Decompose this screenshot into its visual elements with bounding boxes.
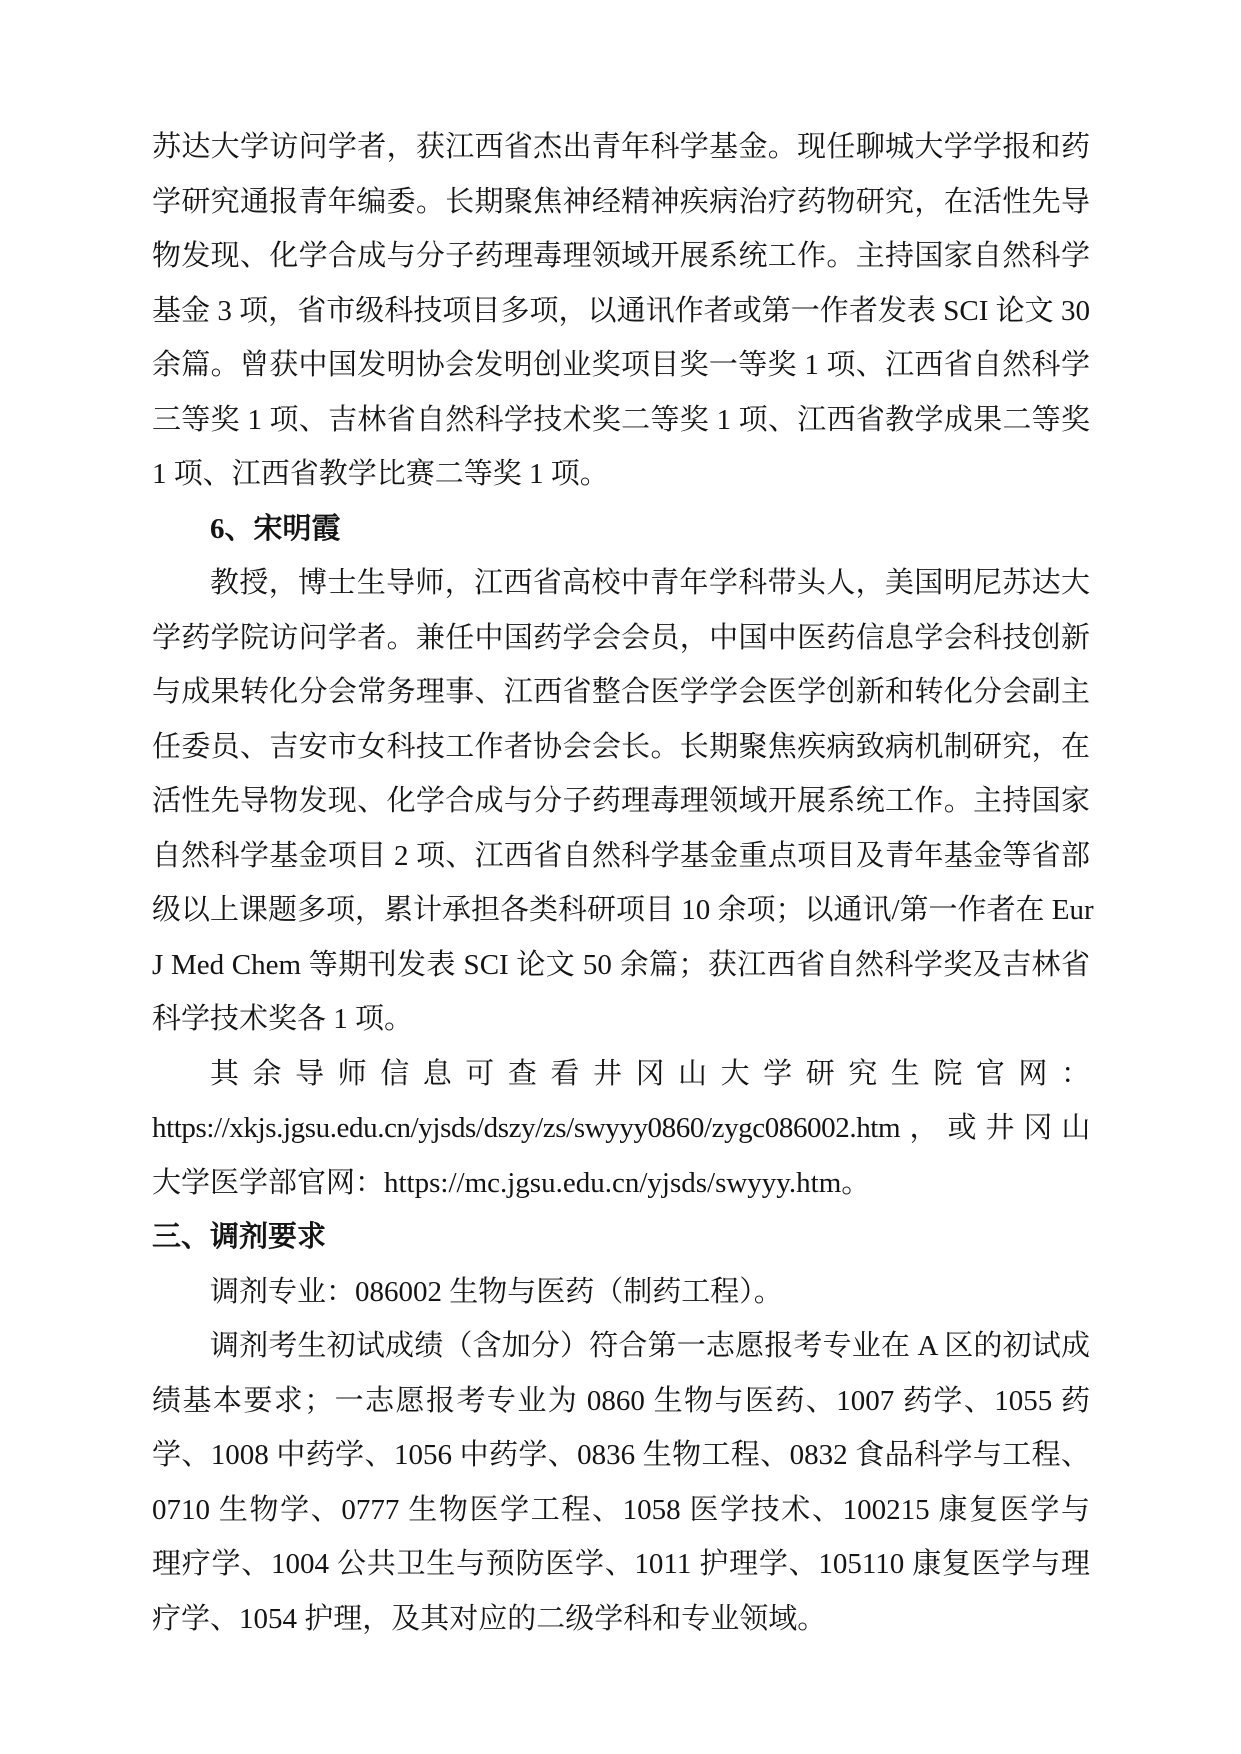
paragraph-line: 学研究通报青年编委。长期聚焦神经精神疾病治疗药物研究，在活性先导 [152, 175, 1090, 230]
heading-advisor-6-song-mingxia: 6、宋明霞 [152, 502, 1090, 557]
paragraph-line: 基金 3 项，省市级科技项目多项，以通讯作者或第一作者发表 SCI 论文 30 [152, 284, 1090, 339]
paragraph-line: 任委员、吉安市女科技工作者协会会长。长期聚焦疾病致病机制研究，在 [152, 720, 1090, 775]
paragraph-line: 余篇。曾获中国发明协会发明创业奖项目奖一等奖 1 项、江西省自然科学 [152, 338, 1090, 393]
paragraph-line: 活性先导物发现、化学合成与分子药理毒理领域开展系统工作。主持国家 [152, 774, 1090, 829]
paragraph-line: 科学技术奖各 1 项。 [152, 992, 1090, 1047]
paragraph-line: 学药学院访问学者。兼任中国药学会会员，中国中医药信息学会科技创新 [152, 611, 1090, 666]
paragraph-line: 绩基本要求；一志愿报考专业为 0860 生物与医药、1007 药学、1055 药 [152, 1374, 1090, 1429]
paragraph-line: 苏达大学访问学者，获江西省杰出青年科学基金。现任聊城大学学报和药 [152, 120, 1090, 175]
paragraph-line-transfer-major: 调剂专业：086002 生物与医药（制药工程）。 [152, 1265, 1090, 1320]
paragraph-line: J Med Chem 等期刊发表 SCI 论文 50 余篇；获江西省自然科学奖及… [152, 938, 1090, 993]
url-line-graduate-school: https://xkjs.jgsu.edu.cn/yjsds/dszy/zs/s… [152, 1101, 1090, 1156]
url-line-medical-school: 大学医学部官网：https://mc.jgsu.edu.cn/yjsds/swy… [152, 1156, 1090, 1211]
paragraph-line: 级以上课题多项，累计承担各类科研项目 10 余项；以通讯/第一作者在 Eur [152, 883, 1090, 938]
paragraph-line: 1 项、江西省教学比赛二等奖 1 项。 [152, 447, 1090, 502]
paragraph-line: 教授，博士生导师，江西省高校中青年学科带头人，美国明尼苏达大 [152, 556, 1090, 611]
paragraph-line: 与成果转化分会常务理事、江西省整合医学学会医学创新和转化分会副主 [152, 665, 1090, 720]
paragraph-line: 三等奖 1 项、吉林省自然科学技术奖二等奖 1 项、江西省教学成果二等奖 [152, 393, 1090, 448]
paragraph-line: 其 余 导 师 信 息 可 查 看 井 冈 山 大 学 研 究 生 院 官 网 … [152, 1047, 1090, 1102]
document-page: 苏达大学访问学者，获江西省杰出青年科学基金。现任聊城大学学报和药 学研究通报青年… [0, 0, 1241, 1754]
paragraph-line: 学、1008 中药学、1056 中药学、0836 生物工程、0832 食品科学与… [152, 1428, 1090, 1483]
paragraph-line: 0710 生物学、0777 生物医学工程、1058 医学技术、100215 康复… [152, 1483, 1090, 1538]
paragraph-line: 调剂考生初试成绩（含加分）符合第一志愿报考专业在 A 区的初试成 [152, 1319, 1090, 1374]
paragraph-line: 理疗学、1004 公共卫生与预防医学、1011 护理学、105110 康复医学与… [152, 1537, 1090, 1592]
paragraph-line: 疗学、1054 护理，及其对应的二级学科和专业领域。 [152, 1592, 1090, 1647]
heading-section-3-transfer-requirements: 三、调剂要求 [152, 1210, 1090, 1265]
paragraph-line: 物发现、化学合成与分子药理毒理领域开展系统工作。主持国家自然科学 [152, 229, 1090, 284]
paragraph-line: 自然科学基金项目 2 项、江西省自然科学基金重点项目及青年基金等省部 [152, 829, 1090, 884]
